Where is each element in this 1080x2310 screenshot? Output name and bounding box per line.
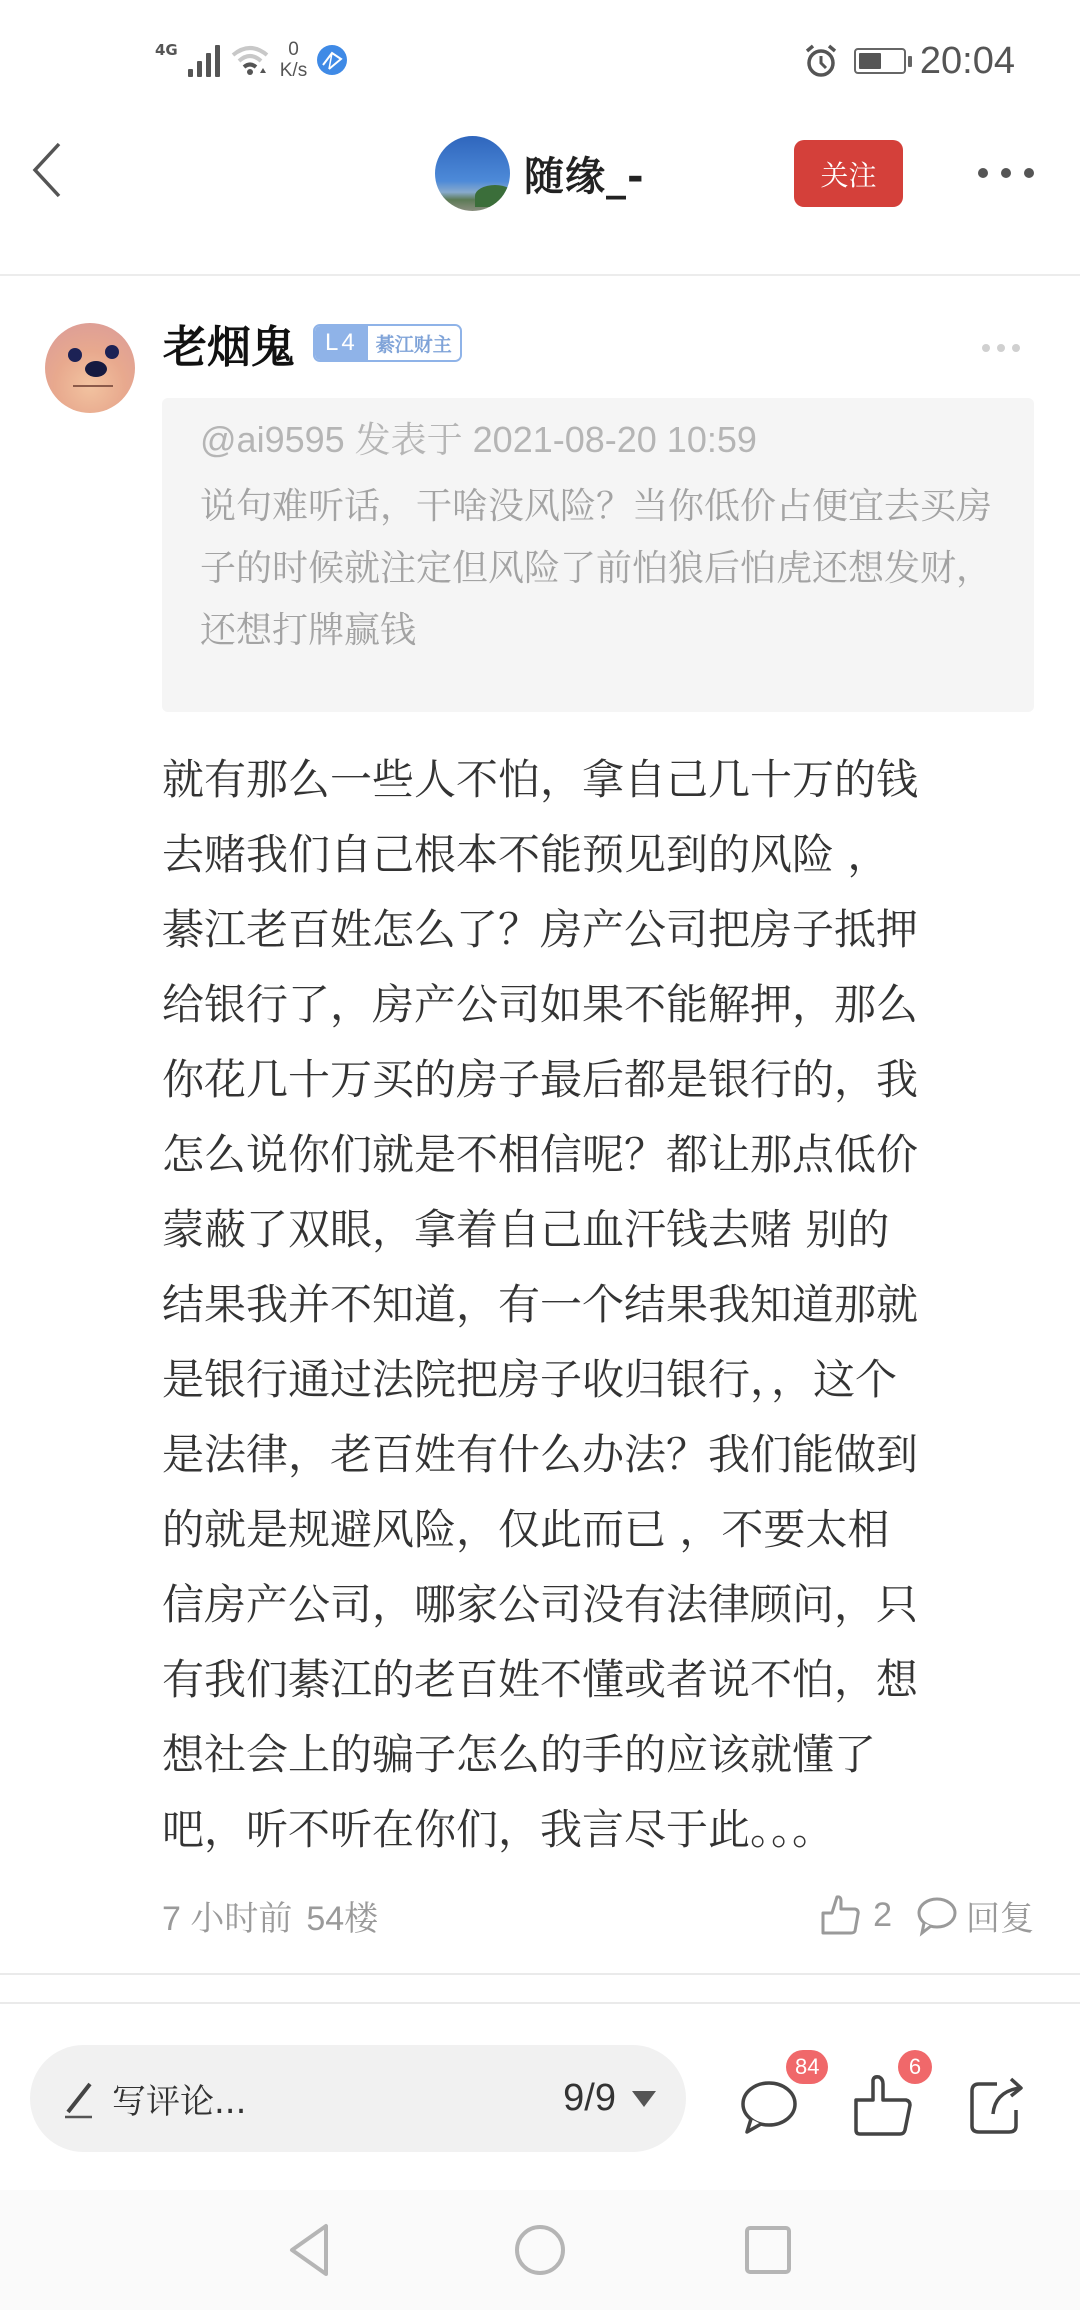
more-button[interactable]: [978, 155, 1034, 191]
network-speed: 0 K/s: [280, 39, 307, 81]
reply-label: 回复: [966, 1891, 1034, 1940]
comment-more-button[interactable]: [982, 342, 1020, 354]
comment-meta: 7 小时前 54楼 2 回复: [162, 1890, 1034, 1940]
comment-item: 老烟鬼 L4 綦江财主 @ai9595 发表于 2021-08-20 10:59…: [0, 278, 1080, 1975]
alarm-icon: [802, 42, 840, 80]
signal-icon: [188, 43, 220, 77]
comment-body: 就有那么一些人不怕，拿自己几十万的钱 去赌我们自己根本不能预见到的风险 ， 綦江…: [162, 742, 1042, 1867]
quote-text: 说句难听话，干啥没风险？当你低价占便宜去买房子的时候就注定但风险了前怕狼后怕虎还…: [200, 476, 996, 662]
like-post-button[interactable]: [851, 2074, 915, 2138]
network-type: 4G: [155, 41, 178, 59]
triangle-back-icon: [288, 2222, 332, 2278]
commenter-avatar[interactable]: [45, 323, 135, 413]
more-dot: [997, 344, 1005, 352]
body-line: 有我们綦江的老百姓不懂或者说不怕，想: [162, 1642, 1042, 1717]
avatar-mouth: [73, 385, 113, 387]
author-info[interactable]: 随缘_-: [435, 136, 645, 211]
quote-meta: @ai9595 发表于 2021-08-20 10:59: [200, 418, 996, 462]
body-line: 想社会上的骗子怎么的手的应该就懂了: [162, 1717, 1042, 1792]
bottom-action-bar: 写评论... 9/9 84 6: [0, 2004, 1080, 2190]
body-line: 蒙蔽了双眼，拿着自己血汗钱去赌 别的: [162, 1192, 1042, 1267]
comment-like-button[interactable]: 2: [819, 1893, 892, 1937]
body-line: 信房产公司，哪家公司没有法律顾问，只: [162, 1567, 1042, 1642]
level-title: 綦江财主: [368, 326, 460, 360]
follow-button[interactable]: 关注: [794, 140, 903, 207]
status-bar: 4G 0 K/s 20:04: [0, 0, 1080, 110]
quoted-comment[interactable]: @ai9595 发表于 2021-08-20 10:59 说句难听话，干啥没风险…: [162, 398, 1034, 712]
share-icon: [965, 2074, 1029, 2138]
commenter-name[interactable]: 老烟鬼: [163, 311, 295, 375]
clock: 20:04: [920, 40, 1015, 83]
avatar-eye: [105, 345, 119, 359]
comments-button[interactable]: [737, 2074, 801, 2138]
comment-actions: 2 回复: [819, 1891, 1034, 1940]
thumbs-up-icon: [819, 1893, 863, 1937]
more-dot: [1001, 168, 1011, 178]
like-count: 2: [873, 1896, 892, 1935]
comment-time: 7 小时前: [162, 1891, 292, 1940]
body-line: 就有那么一些人不怕，拿自己几十万的钱: [162, 742, 1042, 817]
speech-bubble-icon: [914, 1893, 958, 1937]
body-line: 是法律，老百姓有什么办法？我们能做到: [162, 1417, 1042, 1492]
body-line: 是银行通过法院把房子收归银行，，这个: [162, 1342, 1042, 1417]
battery-icon: [854, 48, 906, 74]
body-line: 綦江老百姓怎么了？房产公司把房子抵押: [162, 892, 1042, 967]
square-recents-icon: [743, 2224, 793, 2276]
comment-bubble-icon: [737, 2074, 801, 2138]
status-bar-right: 20:04: [802, 36, 1015, 86]
level-badge: L4 綦江财主: [313, 324, 462, 362]
top-nav: 随缘_- 关注: [0, 110, 1080, 276]
avatar-nose: [85, 361, 107, 377]
body-line: 给银行了，房产公司如果不能解押，那么: [162, 967, 1042, 1042]
speed-unit: K/s: [280, 60, 307, 81]
system-recents-button[interactable]: [738, 2220, 798, 2280]
comment-placeholder: 写评论...: [112, 2074, 246, 2123]
more-dots-icon: [982, 344, 990, 352]
commenter-info: 老烟鬼 L4 綦江财主: [163, 311, 462, 375]
system-back-button[interactable]: [280, 2220, 340, 2280]
back-button[interactable]: [22, 135, 72, 205]
comment-reply-button[interactable]: 回复: [914, 1891, 1034, 1940]
browser-globe-icon: [317, 45, 347, 75]
write-comment-input[interactable]: 写评论... 9/9: [30, 2045, 686, 2152]
level-number: L4: [315, 326, 368, 360]
body-line: 你花几十万买的房子最后都是银行的，我: [162, 1042, 1042, 1117]
system-home-button[interactable]: [510, 2220, 570, 2280]
body-line: 去赌我们自己根本不能预见到的风险 ，: [162, 817, 1042, 892]
comment-floor: 54楼: [306, 1891, 378, 1940]
circle-home-icon: [512, 2222, 568, 2278]
page-indicator[interactable]: 9/9: [563, 2077, 616, 2120]
more-dot: [1024, 168, 1034, 178]
system-nav-bar: [0, 2190, 1080, 2310]
author-name[interactable]: 随缘_-: [524, 145, 645, 202]
share-button[interactable]: [965, 2074, 1029, 2138]
body-line: 吧，听不听在你们，我言尽于此。。。: [162, 1792, 1042, 1867]
more-dot: [1012, 344, 1020, 352]
chevron-left-icon: [31, 141, 63, 199]
body-line: 的就是规避风险，仅此而已 ，不要太相: [162, 1492, 1042, 1567]
likes-count-badge: 6: [898, 2050, 932, 2084]
more-dots-icon: [978, 168, 988, 178]
status-bar-left: 4G 0 K/s: [155, 34, 347, 86]
wifi-icon: [230, 43, 270, 77]
caret-down-icon[interactable]: [632, 2091, 656, 2107]
body-line: 结果我并不知道，有一个结果我知道那就: [162, 1267, 1042, 1342]
pencil-icon: [62, 2078, 102, 2120]
thumbs-up-icon: [851, 2074, 915, 2138]
author-avatar[interactable]: [435, 136, 510, 211]
body-line: 怎么说你们就是不相信呢？都让那点低价: [162, 1117, 1042, 1192]
comments-count-badge: 84: [786, 2050, 828, 2084]
avatar-eye: [68, 348, 82, 362]
speed-value: 0: [288, 39, 299, 60]
